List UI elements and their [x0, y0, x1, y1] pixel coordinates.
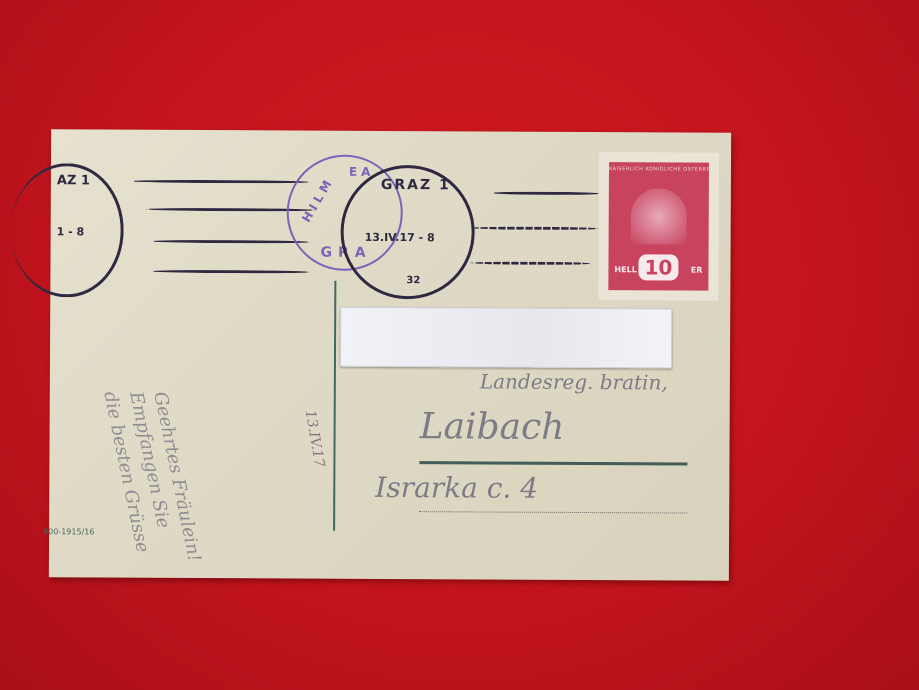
cancellation-wave — [471, 226, 601, 230]
cancellation-wave — [491, 192, 601, 196]
graz-postmark-city: GRAZ 1 — [381, 177, 451, 193]
stamp-heller-left: HELL — [614, 265, 636, 274]
left-postmark-city: AZ 1 — [57, 173, 90, 188]
postcard: AZ 1 1 - 8 HILM EA GRA GRAZ 1 13.IV.17 -… — [49, 129, 731, 581]
address-underline — [419, 461, 687, 465]
stamp-heller-right: ER — [691, 266, 703, 275]
stamp-text: KAISERLICH KÖNIGLICHE ÖSTERREICHISCHE PO… — [609, 166, 709, 173]
cancellation-wave — [131, 180, 311, 184]
stamp-value: 10 — [638, 254, 678, 280]
cancellation-wave — [150, 270, 310, 274]
postage-stamp: KAISERLICH KÖNIGLICHE ÖSTERREICHISCHE PO… — [598, 152, 719, 301]
address-line-3: Israrka c. 4 — [375, 471, 538, 505]
message-address-divider — [333, 281, 336, 531]
left-postmark-date: 1 - 8 — [57, 225, 85, 238]
handwritten-date: 13.IV.17 — [302, 409, 327, 469]
graz-postmark-date: 13.IV.17 - 8 — [365, 231, 435, 244]
cancellation-wave — [151, 240, 311, 244]
printer-mark: 900-1915/16 — [43, 527, 94, 536]
address-dotted-line — [419, 511, 687, 513]
crown-icon — [631, 188, 687, 244]
address-line-1: Landesreg. bratin, — [480, 369, 668, 394]
graz-postmark-bottom: 32 — [406, 275, 420, 286]
address-line-2: Laibach — [420, 406, 565, 448]
cancellation-wave — [470, 261, 590, 265]
redaction-label — [340, 307, 672, 369]
